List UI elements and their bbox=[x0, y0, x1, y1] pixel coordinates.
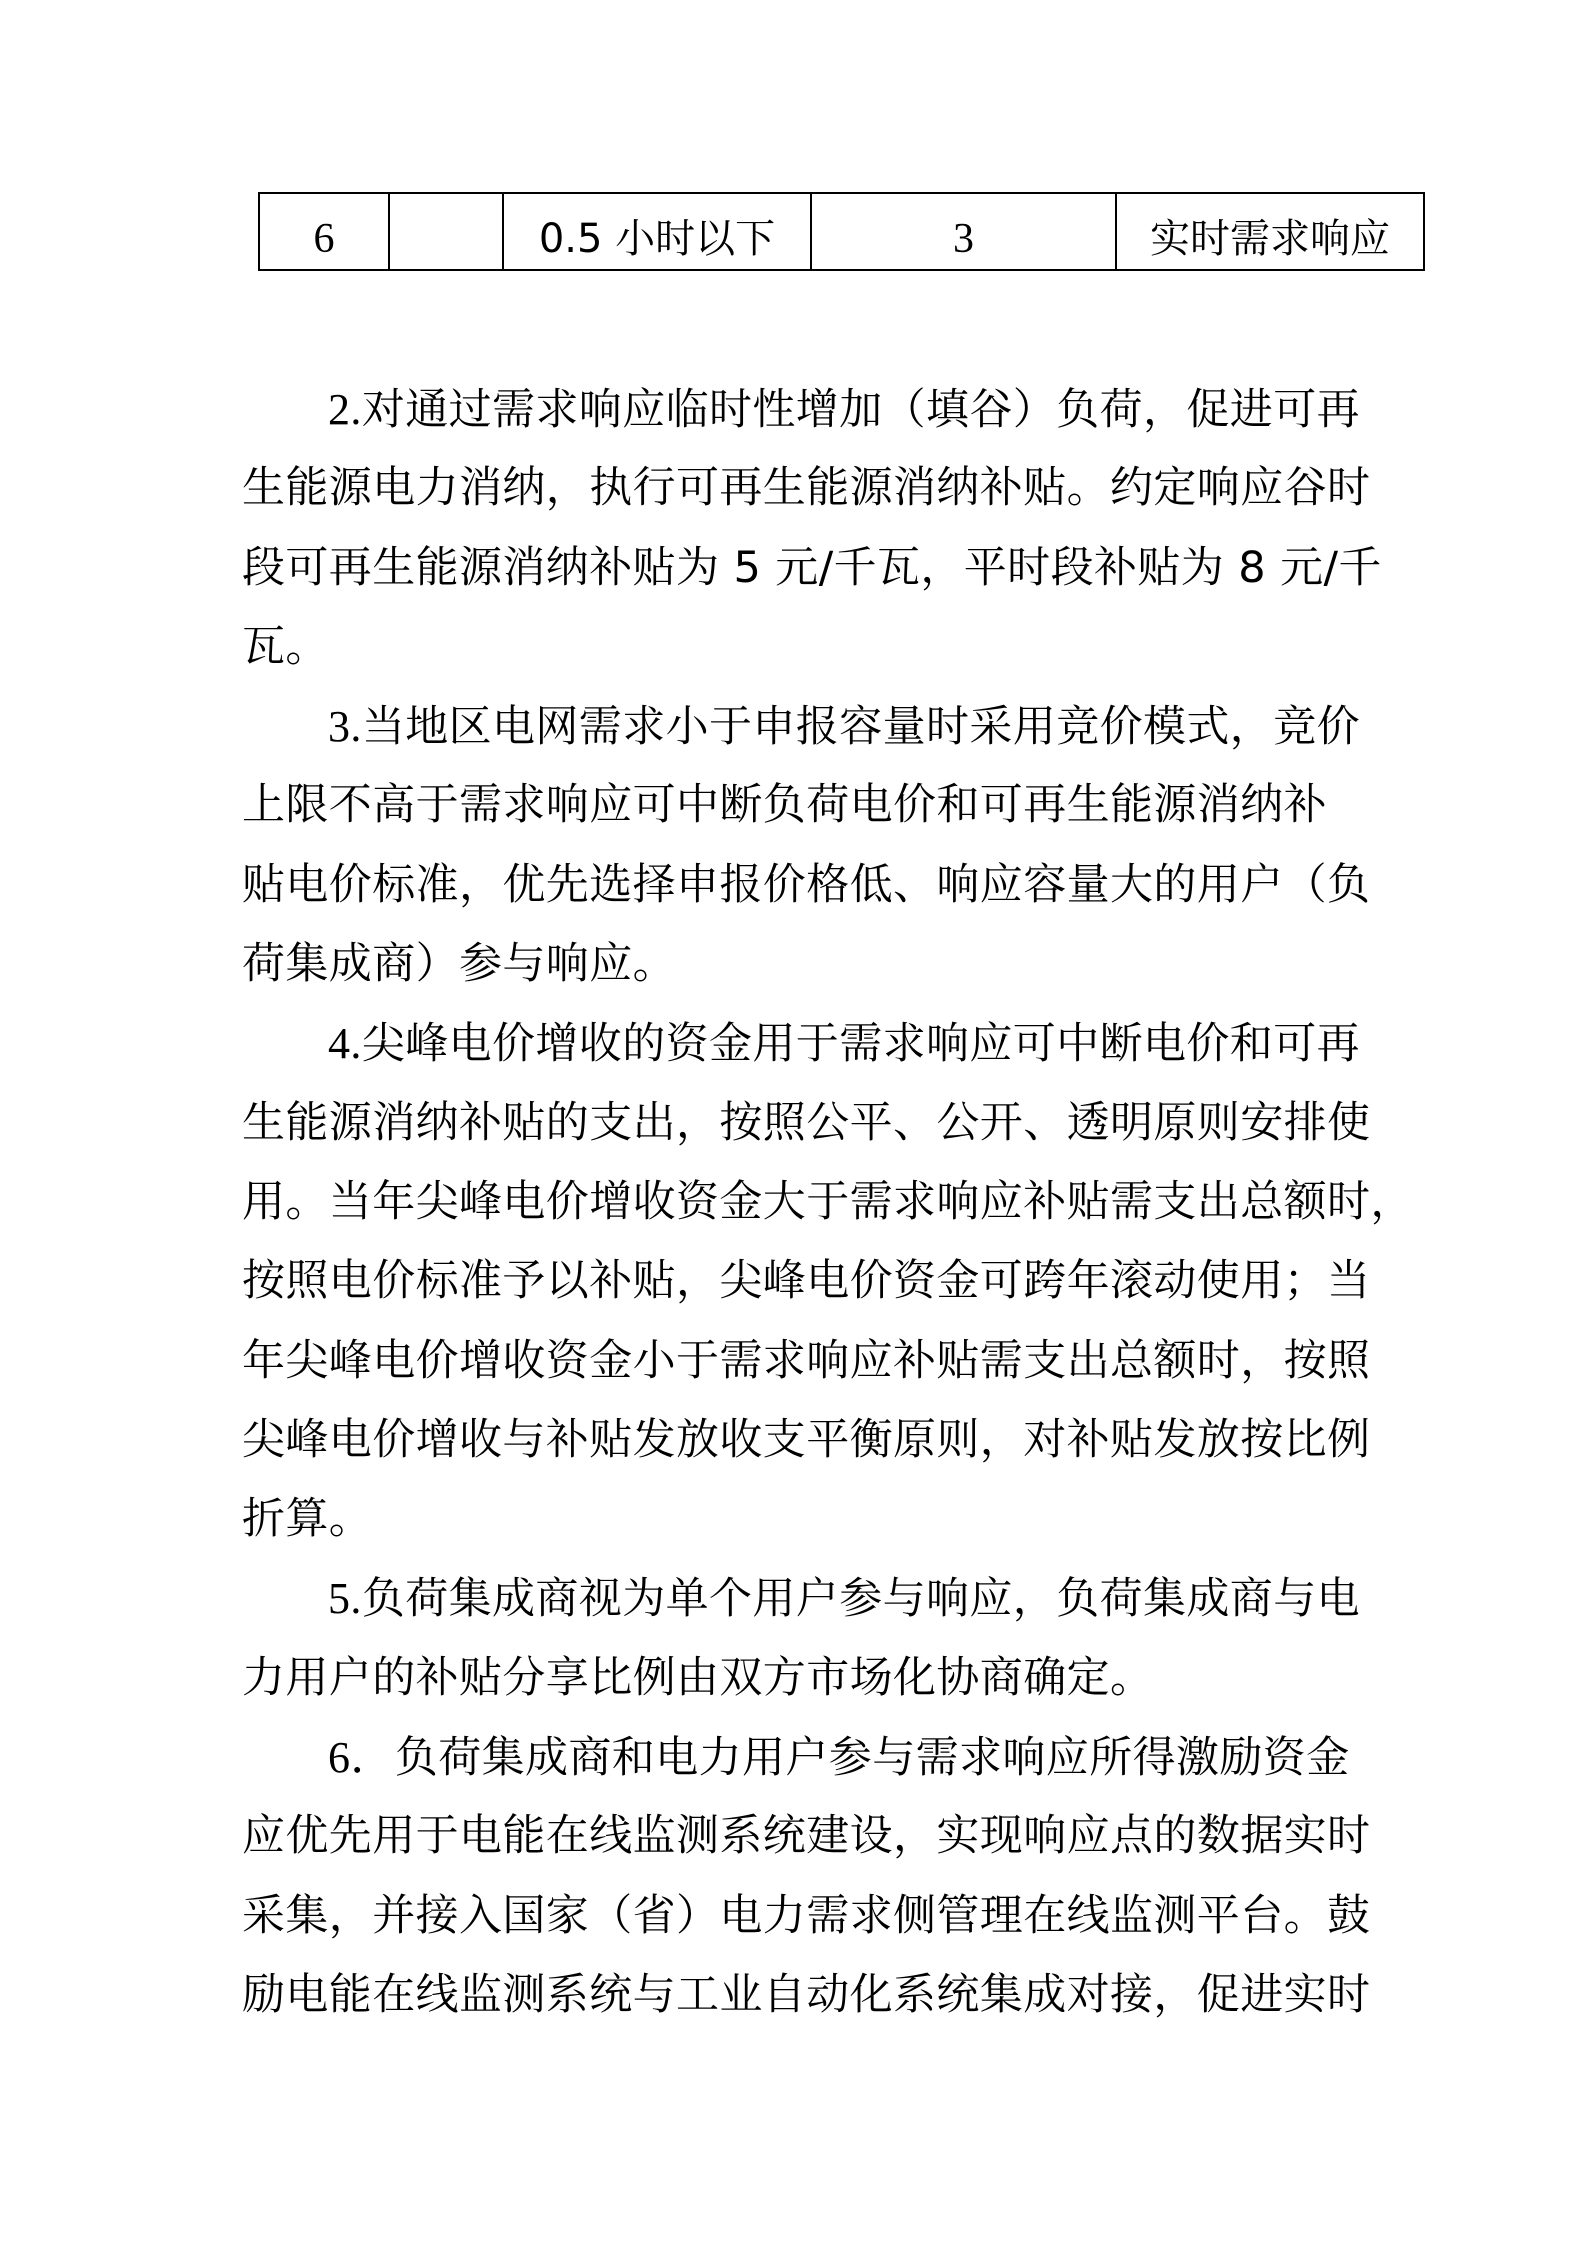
paragraph-line: 荷集成商）参与响应。 bbox=[242, 925, 1348, 1004]
paragraph-line: 5.负荷集成商视为单个用户参与响应，负荷集成商与电 bbox=[242, 1559, 1348, 1638]
paragraph-line: 2.对通过需求响应临时性增加（填谷）负荷，促进可再 bbox=[242, 370, 1348, 449]
paragraph-line: 力用户的补贴分享比例由双方市场化协商确定。 bbox=[242, 1639, 1348, 1718]
paragraph-line: 6．负荷集成商和电力用户参与需求响应所得激励资金 bbox=[242, 1718, 1348, 1797]
table-cell-empty bbox=[389, 193, 503, 270]
paragraph-line: 采集，并接入国家（省）电力需求侧管理在线监测平台。鼓 bbox=[242, 1877, 1348, 1956]
paragraph-line: 应优先用于电能在线监测系统建设，实现响应点的数据实时 bbox=[242, 1797, 1348, 1876]
table-cell-index: 6 bbox=[259, 193, 389, 270]
table-cell-response-type: 实时需求响应 bbox=[1116, 193, 1424, 270]
paragraph-line: 年尖峰电价增收资金小于需求响应补贴需支出总额时，按照 bbox=[242, 1322, 1348, 1401]
paragraph-line: 生能源消纳补贴的支出，按照公平、公开、透明原则安排使 bbox=[242, 1084, 1348, 1163]
paragraph-number: 4. bbox=[328, 1019, 362, 1068]
paragraph-2: 2.对通过需求响应临时性增加（填谷）负荷，促进可再 生能源电力消纳，执行可再生能… bbox=[242, 370, 1348, 687]
paragraph-6: 6．负荷集成商和电力用户参与需求响应所得激励资金 应优先用于电能在线监测系统建设… bbox=[242, 1718, 1348, 2035]
response-type-table: 6 0.5 小时以下 3 实时需求响应 bbox=[258, 192, 1425, 271]
paragraph-number: 6． bbox=[328, 1733, 395, 1782]
paragraph-number: 5. bbox=[328, 1574, 362, 1623]
paragraph-line: 贴电价标准，优先选择申报价格低、响应容量大的用户（负 bbox=[242, 846, 1348, 925]
paragraph-4: 4.尖峰电价增收的资金用于需求响应可中断电价和可再 生能源消纳补贴的支出，按照公… bbox=[242, 1004, 1348, 1559]
paragraph-line: 用。当年尖峰电价增收资金大于需求响应补贴需支出总额时， bbox=[242, 1163, 1348, 1242]
paragraph-line: 上限不高于需求响应可中断负荷电价和可再生能源消纳补 bbox=[242, 766, 1348, 845]
body-text: 2.对通过需求响应临时性增加（填谷）负荷，促进可再 生能源电力消纳，执行可再生能… bbox=[242, 370, 1348, 2035]
paragraph-line: 4.尖峰电价增收的资金用于需求响应可中断电价和可再 bbox=[242, 1004, 1348, 1083]
paragraph-line: 折算。 bbox=[242, 1480, 1348, 1559]
paragraph-number: 3. bbox=[328, 702, 362, 751]
paragraph-line: 按照电价标准予以补贴，尖峰电价资金可跨年滚动使用；当 bbox=[242, 1242, 1348, 1321]
paragraph-5: 5.负荷集成商视为单个用户参与响应，负荷集成商与电 力用户的补贴分享比例由双方市… bbox=[242, 1559, 1348, 1718]
table-cell-duration: 0.5 小时以下 bbox=[503, 193, 811, 270]
paragraph-3: 3.当地区电网需求小于申报容量时采用竞价模式，竞价 上限不高于需求响应可中断负荷… bbox=[242, 687, 1348, 1004]
paragraph-line: 段可再生能源消纳补贴为 5 元/千瓦，平时段补贴为 8 元/千 bbox=[242, 529, 1348, 608]
line-text: 当地区电网需求小于申报容量时采用竞价模式，竞价 bbox=[362, 702, 1360, 752]
paragraph-line: 瓦。 bbox=[242, 608, 1348, 687]
line-text: 尖峰电价增收的资金用于需求响应可中断电价和可再 bbox=[362, 1019, 1360, 1069]
paragraph-line: 励电能在线监测系统与工业自动化系统集成对接，促进实时 bbox=[242, 1956, 1348, 2035]
line-text: 负荷集成商视为单个用户参与响应，负荷集成商与电 bbox=[362, 1574, 1360, 1624]
paragraph-line: 3.当地区电网需求小于申报容量时采用竞价模式，竞价 bbox=[242, 687, 1348, 766]
paragraph-line: 尖峰电价增收与补贴发放收支平衡原则，对补贴发放按比例 bbox=[242, 1401, 1348, 1480]
paragraph-line: 生能源电力消纳，执行可再生能源消纳补贴。约定响应谷时 bbox=[242, 449, 1348, 528]
table-row: 6 0.5 小时以下 3 实时需求响应 bbox=[259, 193, 1424, 270]
paragraph-number: 2. bbox=[328, 385, 362, 434]
line-text: 负荷集成商和电力用户参与需求响应所得激励资金 bbox=[395, 1733, 1350, 1783]
document-page: 6 0.5 小时以下 3 实时需求响应 2.对通过需求响应临时性增加（填谷）负荷… bbox=[0, 0, 1587, 2245]
table-cell-price: 3 bbox=[811, 193, 1116, 270]
line-text: 对通过需求响应临时性增加（填谷）负荷，促进可再 bbox=[362, 385, 1360, 435]
